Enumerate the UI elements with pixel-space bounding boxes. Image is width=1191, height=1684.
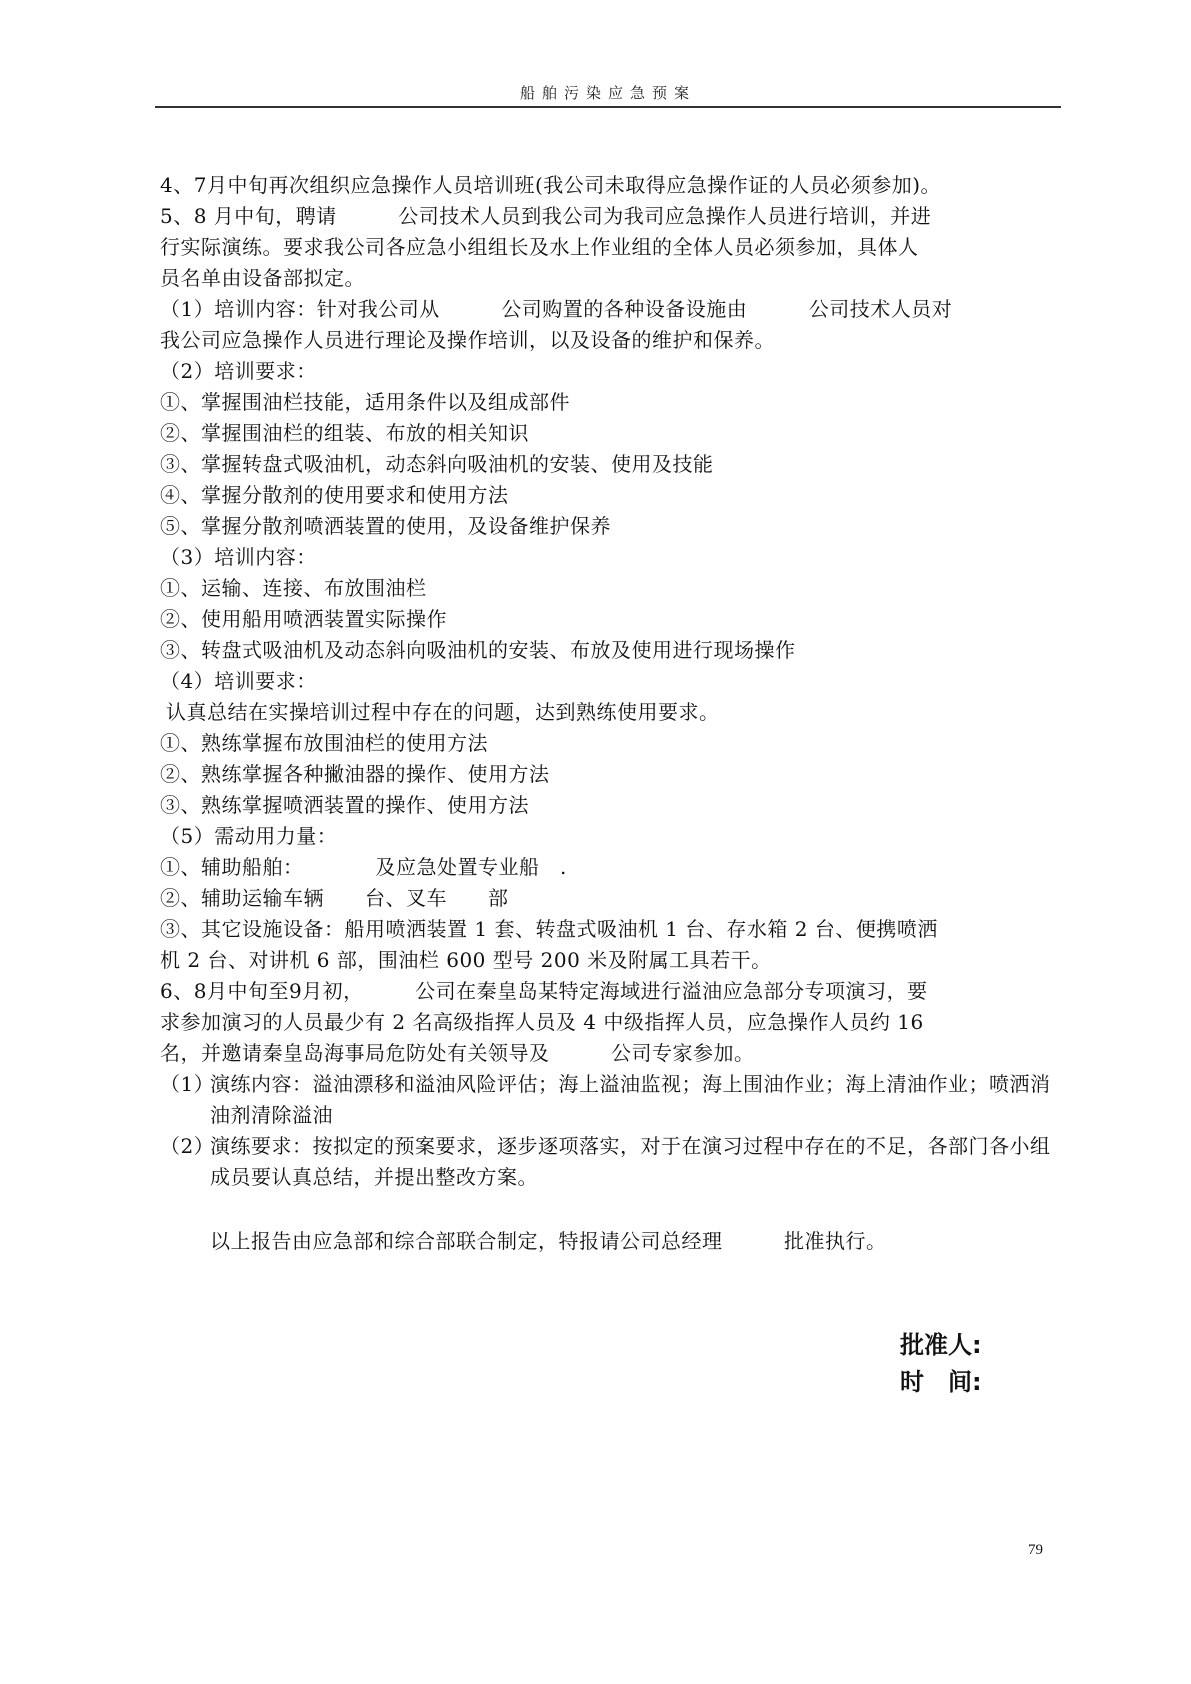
section-heading: （4）培训要求：	[160, 666, 1060, 697]
paragraph-line: 机 2 台、对讲机 6 部，围油栏 600 型号 200 米及附属工具若干。	[160, 945, 1060, 976]
drill-item-number: （1）	[160, 1069, 210, 1131]
list-item: ①、辅助船舶： 及应急处置专业船 .	[160, 852, 1060, 883]
page-number: 79	[1028, 1542, 1043, 1559]
list-item: ②、辅助运输车辆 台、叉车 部	[160, 883, 1060, 914]
section-heading: （3）培训内容：	[160, 542, 1060, 573]
list-item: ①、运输、连接、布放围油栏	[160, 573, 1060, 604]
paragraph-line: 4、7月中旬再次组织应急操作人员培训班(我公司未取得应急操作证的人员必须参加)。	[160, 170, 1060, 201]
list-item: ③、转盘式吸油机及动态斜向吸油机的安装、布放及使用进行现场操作	[160, 635, 1060, 666]
document-body: 4、7月中旬再次组织应急操作人员培训班(我公司未取得应急操作证的人员必须参加)。…	[160, 170, 1060, 1193]
drill-item: （2） 演练要求：按拟定的预案要求，逐步逐项落实，对于在演习过程中存在的不足，各…	[160, 1131, 1060, 1193]
paragraph-line: 员名单由设备部拟定。	[160, 263, 1060, 294]
drill-item-text: 演练要求：按拟定的预案要求，逐步逐项落实，对于在演习过程中存在的不足，各部门各小…	[210, 1131, 1060, 1193]
running-header: 船舶污染应急预案	[155, 82, 1061, 103]
list-item: ①、掌握围油栏技能，适用条件以及组成部件	[160, 387, 1060, 418]
paragraph-line: 求参加演习的人员最少有 2 名高级指挥人员及 4 中级指挥人员，应急操作人员约 …	[160, 1007, 1060, 1038]
list-item: ②、熟练掌握各种撇油器的操作、使用方法	[160, 759, 1060, 790]
list-item: ④、掌握分散剂的使用要求和使用方法	[160, 480, 1060, 511]
closing-statement: 以上报告由应急部和综合部联合制定，特报请公司总经理 批准执行。	[210, 1225, 887, 1254]
drill-item-number: （2）	[160, 1131, 210, 1193]
drill-item: （1） 演练内容：溢油漂移和溢油风险评估；海上溢油监视；海上围油作业；海上清油作…	[160, 1069, 1060, 1131]
approver-label: 批准人:	[900, 1325, 982, 1360]
list-item: ⑤、掌握分散剂喷洒装置的使用，及设备维护保养	[160, 511, 1060, 542]
list-item: ②、掌握围油栏的组装、布放的相关知识	[160, 418, 1060, 449]
section-heading: （2）培训要求：	[160, 356, 1060, 387]
list-item: ③、熟练掌握喷洒装置的操作、使用方法	[160, 790, 1060, 821]
paragraph-line: 5、8 月中旬，聘请 公司技术人员到我公司为我司应急操作人员进行培训，并进	[160, 201, 1060, 232]
list-item: ③、掌握转盘式吸油机，动态斜向吸油机的安装、使用及技能	[160, 449, 1060, 480]
list-item: ③、其它设施设备：船用喷洒装置 1 套、转盘式吸油机 1 台、存水箱 2 台、便…	[160, 914, 1060, 945]
header-divider	[155, 106, 1061, 108]
paragraph-line: 6、8月中旬至9月初， 公司在秦皇岛某特定海域进行溢油应急部分专项演习，要	[160, 976, 1060, 1007]
list-item: ②、使用船用喷洒装置实际操作	[160, 604, 1060, 635]
list-item: ①、熟练掌握布放围油栏的使用方法	[160, 728, 1060, 759]
paragraph-line: 认真总结在实操培训过程中存在的问题，达到熟练使用要求。	[160, 697, 1060, 728]
paragraph-line: 行实际演练。要求我公司各应急小组组长及水上作业组的全体人员必须参加，具体人	[160, 232, 1060, 263]
paragraph-line: （1）培训内容：针对我公司从 公司购置的各种设备设施由 公司技术人员对	[160, 294, 1060, 325]
section-heading: （5）需动用力量：	[160, 821, 1060, 852]
time-label: 时 间:	[900, 1362, 982, 1397]
drill-item-text: 演练内容：溢油漂移和溢油风险评估；海上溢油监视；海上围油作业；海上清油作业；喷洒…	[210, 1069, 1060, 1131]
paragraph-line: 名，并邀请秦皇岛海事局危防处有关领导及 公司专家参加。	[160, 1038, 1060, 1069]
paragraph-line: 我公司应急操作人员进行理论及操作培训，以及设备的维护和保养。	[160, 325, 1060, 356]
